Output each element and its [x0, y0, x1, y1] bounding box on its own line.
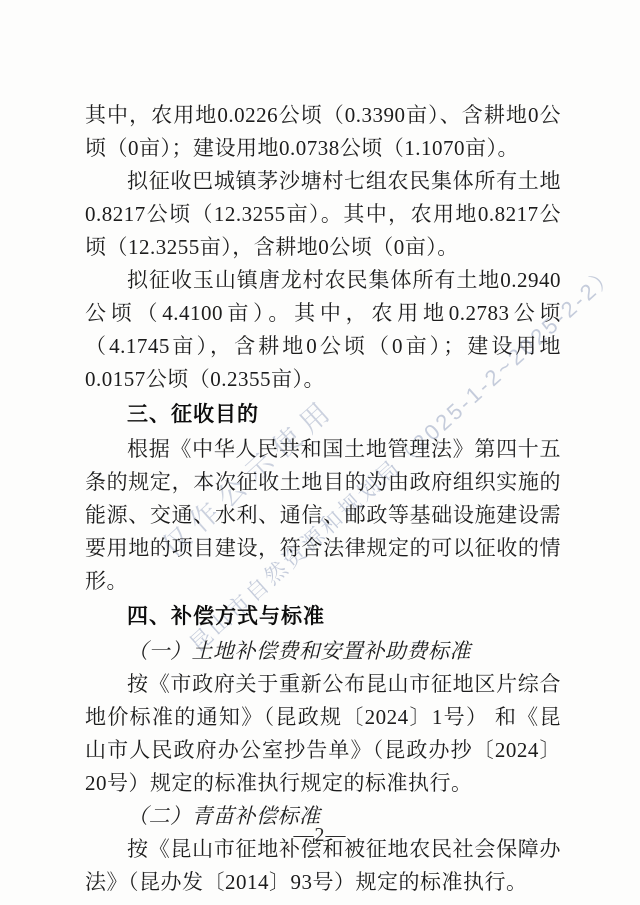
- section-heading-purpose: 三、征收目的: [85, 398, 561, 431]
- paragraph-yushan-tanglong: 拟征收玉山镇唐龙村农民集体所有土地0.2940公顷（4.4100亩）。其中，农用…: [85, 264, 561, 396]
- paragraph-bacheng-maoshatang: 拟征收巴城镇茅沙塘村七组农民集体所有土地0.8217公顷（12.3255亩）。其…: [85, 165, 561, 264]
- document-body: 其中，农用地0.0226公顷（0.3390亩）、含耕地0公顷（0亩）；建设用地0…: [85, 99, 561, 899]
- paragraph-land-compensation-standard: 按《市政府关于重新公布昆山市征地区片综合地价标准的通知》（昆政规〔2024〕1号…: [85, 668, 561, 800]
- paragraph-landuse-breakdown: 其中，农用地0.0226公顷（0.3390亩）、含耕地0公顷（0亩）；建设用地0…: [85, 99, 561, 165]
- subheading-land-compensation: （一）土地补偿费和安置补助费标准: [85, 635, 561, 668]
- document-page: 仅作公示使用 昆山市自然资源和规划局（2025-1-2~2025-2-2） 其中…: [0, 0, 640, 905]
- section-heading-compensation: 四、补偿方式与标准: [85, 600, 561, 633]
- paragraph-purpose: 根据《中华人民共和国土地管理法》第四十五条的规定，本次征收土地目的为由政府组织实…: [85, 433, 561, 598]
- page-number: —2—: [0, 824, 640, 847]
